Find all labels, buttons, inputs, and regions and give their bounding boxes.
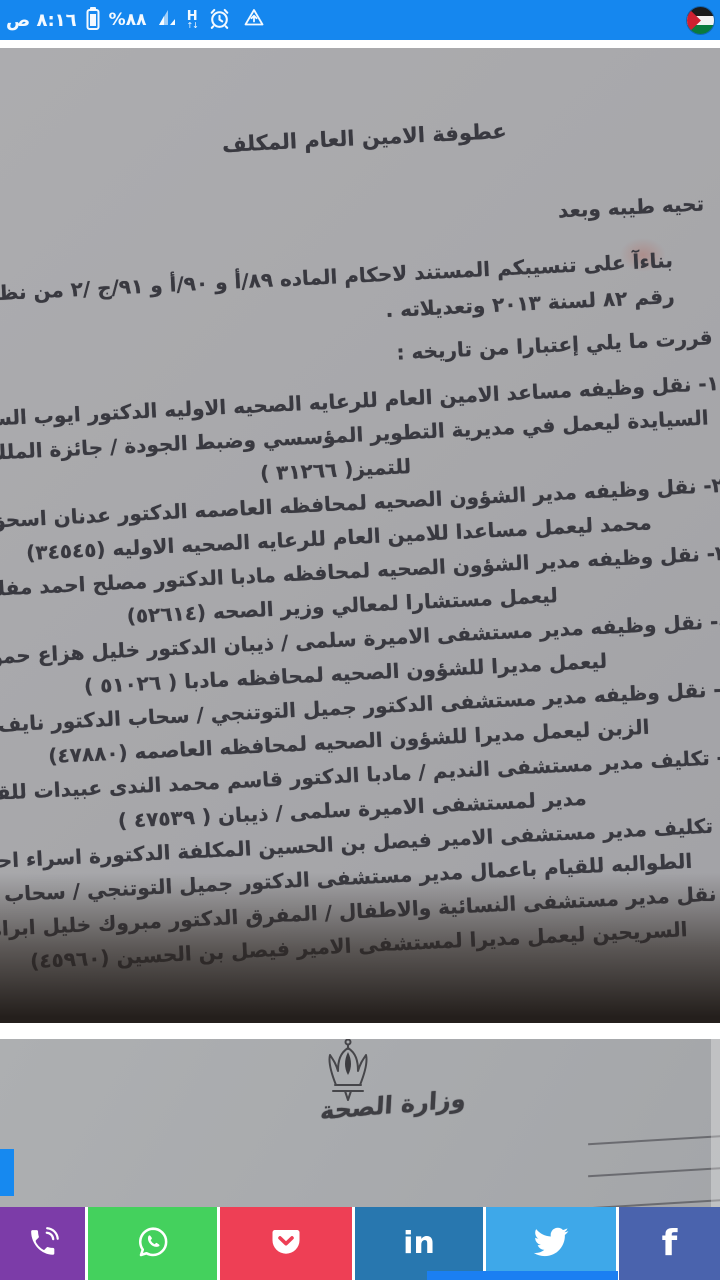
phone-screen: ٨:١٦ ص ٨٨% H ↑↓ (0, 0, 720, 1280)
pocket-icon (268, 1224, 304, 1264)
ministry-of-health-calligraphy: وزارة الصحة (278, 1081, 509, 1129)
twitter-icon (532, 1223, 570, 1265)
letterhead-photo[interactable]: وزارة الصحة (0, 1039, 720, 1207)
alarm-icon (207, 6, 232, 35)
document-photo[interactable]: عطوفة الامين العام المكلف تحيه طيبه وبعد… (0, 48, 720, 1023)
clock-time: ٨:١٦ ص (6, 10, 77, 31)
page-edge-highlight (711, 1039, 720, 1207)
ruled-line (588, 1199, 720, 1207)
battery-icon (86, 6, 100, 34)
share-twitter-button[interactable] (486, 1207, 616, 1280)
viber-phone-icon (25, 1224, 61, 1264)
ruled-line (588, 1135, 720, 1146)
whatsapp-icon (134, 1223, 172, 1265)
share-bar: inf (0, 1207, 720, 1280)
status-bar: ٨:١٦ ص ٨٨% H ↑↓ (0, 0, 720, 40)
signal-icon (155, 7, 177, 33)
share-pocket-button[interactable] (220, 1207, 352, 1280)
document-text: عطوفة الامين العام المكلف تحيه طيبه وبعد… (0, 48, 720, 979)
network-type-indicator: H ↑↓ (186, 10, 197, 30)
jordan-flag-badge[interactable] (687, 7, 714, 34)
status-indicators: ٨:١٦ ص ٨٨% H ↑↓ (6, 6, 267, 35)
share-viber-button[interactable] (0, 1207, 85, 1280)
facebook-icon: f (662, 1226, 678, 1262)
photo-bottom-shadow (0, 873, 720, 1023)
linkedin-icon: in (403, 1229, 435, 1259)
document-greeting: تحيه طيبه وبعد (0, 189, 720, 250)
share-whatsapp-button[interactable] (88, 1207, 217, 1280)
power-saving-icon (241, 6, 267, 34)
data-arrows-icon: ↑↓ (186, 22, 197, 30)
battery-percent: ٨٨% (109, 10, 147, 30)
bottom-accent-strip (427, 1271, 618, 1280)
share-linkedin-button[interactable]: in (355, 1207, 483, 1280)
ruled-line (588, 1167, 720, 1178)
side-handle[interactable] (0, 1149, 14, 1196)
document-title: عطوفة الامين العام المكلف (0, 107, 720, 168)
share-facebook-button[interactable]: f (619, 1207, 720, 1280)
